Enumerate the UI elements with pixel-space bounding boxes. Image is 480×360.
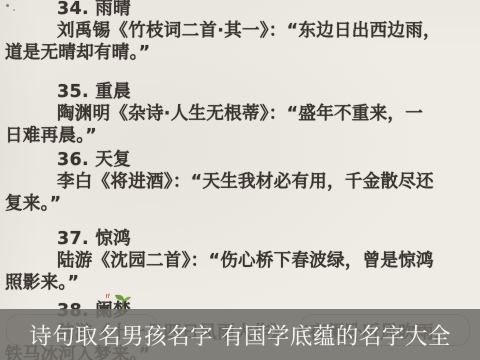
name-entry-36: 36. 天复 李白《将进酒》：“天生我材必有用，千金散尽还 复来。” xyxy=(0,149,480,215)
entry-heading: 37. 惊鸿 xyxy=(0,228,480,250)
entry-quote-line: 刘禹锡《竹枝词二首·其一》：“东边日出西边雨， xyxy=(0,20,480,42)
caption-banner: 诗句取名男孩名字 有国学底蕴的名字大全 xyxy=(0,309,480,360)
entry-quote-line: 日难再晨。” xyxy=(0,125,480,147)
entry-quote-line: 道是无晴却有晴。” xyxy=(0,42,480,64)
name-entry-34: 34. 雨晴 刘禹锡《竹枝词二首·其一》：“东边日出西边雨， 道是无晴却有晴。” xyxy=(0,0,480,64)
entry-quote-line: 李白《将进酒》：“天生我材必有用，千金散尽还 xyxy=(0,171,480,193)
name-entry-35: 35. 重晨 陶渊明《杂诗·人生无根蒂》：“盛年不重来，一 日难再晨。” xyxy=(0,81,480,147)
entry-heading: 35. 重晨 xyxy=(0,81,480,103)
name-entry-37: 37. 惊鸿 陆游《沈园二首》：“伤心桥下春波绿，曾是惊鸿 照影来。” xyxy=(0,228,480,294)
entry-quote-line: 复来。” xyxy=(0,193,480,215)
entry-quote-line: 陆游《沈园二首》：“伤心桥下春波绿，曾是惊鸿 xyxy=(0,250,480,272)
article-page: { "page": { "background": "#efece6", "te… xyxy=(0,0,480,360)
entry-quote-line: 陶渊明《杂诗·人生无根蒂》：“盛年不重来，一 xyxy=(0,103,480,125)
entry-heading: 36. 天复 xyxy=(0,149,480,171)
caption-title: 诗句取名男孩名字 有国学底蕴的名字大全 xyxy=(29,319,451,351)
entry-heading: 34. 雨晴 xyxy=(0,0,480,20)
entry-quote-line: 照影来。” xyxy=(0,272,480,294)
